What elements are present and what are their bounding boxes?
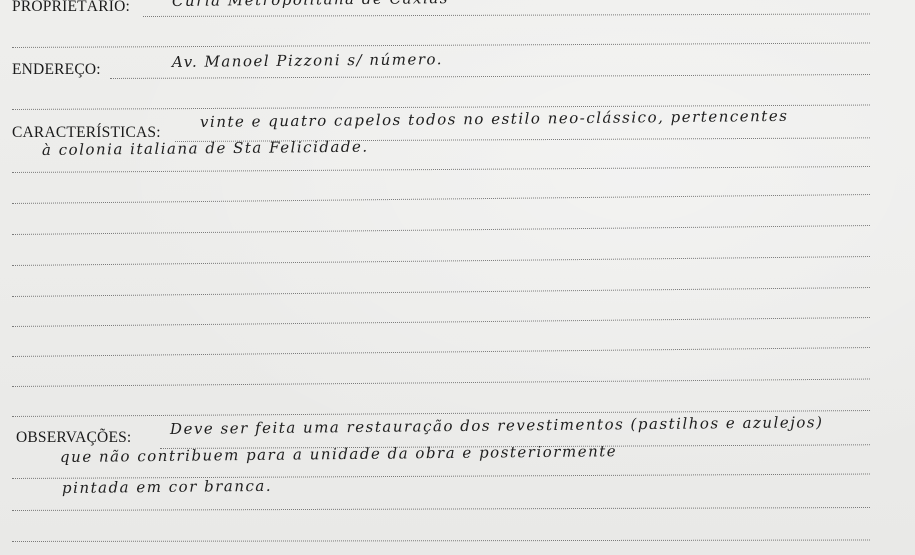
value-caracteristicas-line-1: vinte e quatro capelos todos no estilo n… <box>200 107 789 131</box>
value-caracteristicas-line-2: à colonia italiana de Sta Felicidade. <box>42 138 369 159</box>
rule-line <box>12 317 870 327</box>
rule-line <box>12 347 870 357</box>
value-observacoes-line-2: que não contribuem para a unidade da obr… <box>60 442 617 466</box>
value-observacoes-line-1: Deve ser feita uma restauração dos reves… <box>170 413 824 438</box>
rule-line <box>12 256 870 266</box>
scanned-form-page: PROPRIETÁRIO: ENDEREÇO: CARACTERÍSTICAS:… <box>0 0 915 555</box>
rule-line <box>12 225 870 235</box>
rule-line <box>12 166 870 173</box>
rule-line <box>12 507 870 511</box>
rule-line <box>110 74 870 79</box>
rule-line <box>12 194 870 204</box>
rule-line <box>143 13 870 17</box>
rule-line <box>12 540 870 542</box>
label-observacoes: OBSERVAÇÕES: <box>16 429 131 447</box>
label-proprietario: PROPRIETÁRIO: <box>12 0 130 16</box>
value-proprietario: Cúria Metropolitana de Caxias <box>172 0 449 10</box>
label-endereco: ENDEREÇO: <box>12 61 101 79</box>
rule-line <box>12 287 870 297</box>
value-observacoes-line-3: pintada em cor branca. <box>62 477 272 497</box>
rule-line <box>12 379 870 387</box>
rule-line <box>12 43 870 48</box>
value-endereco: Av. Manoel Pizzoni s/ número. <box>172 50 443 71</box>
